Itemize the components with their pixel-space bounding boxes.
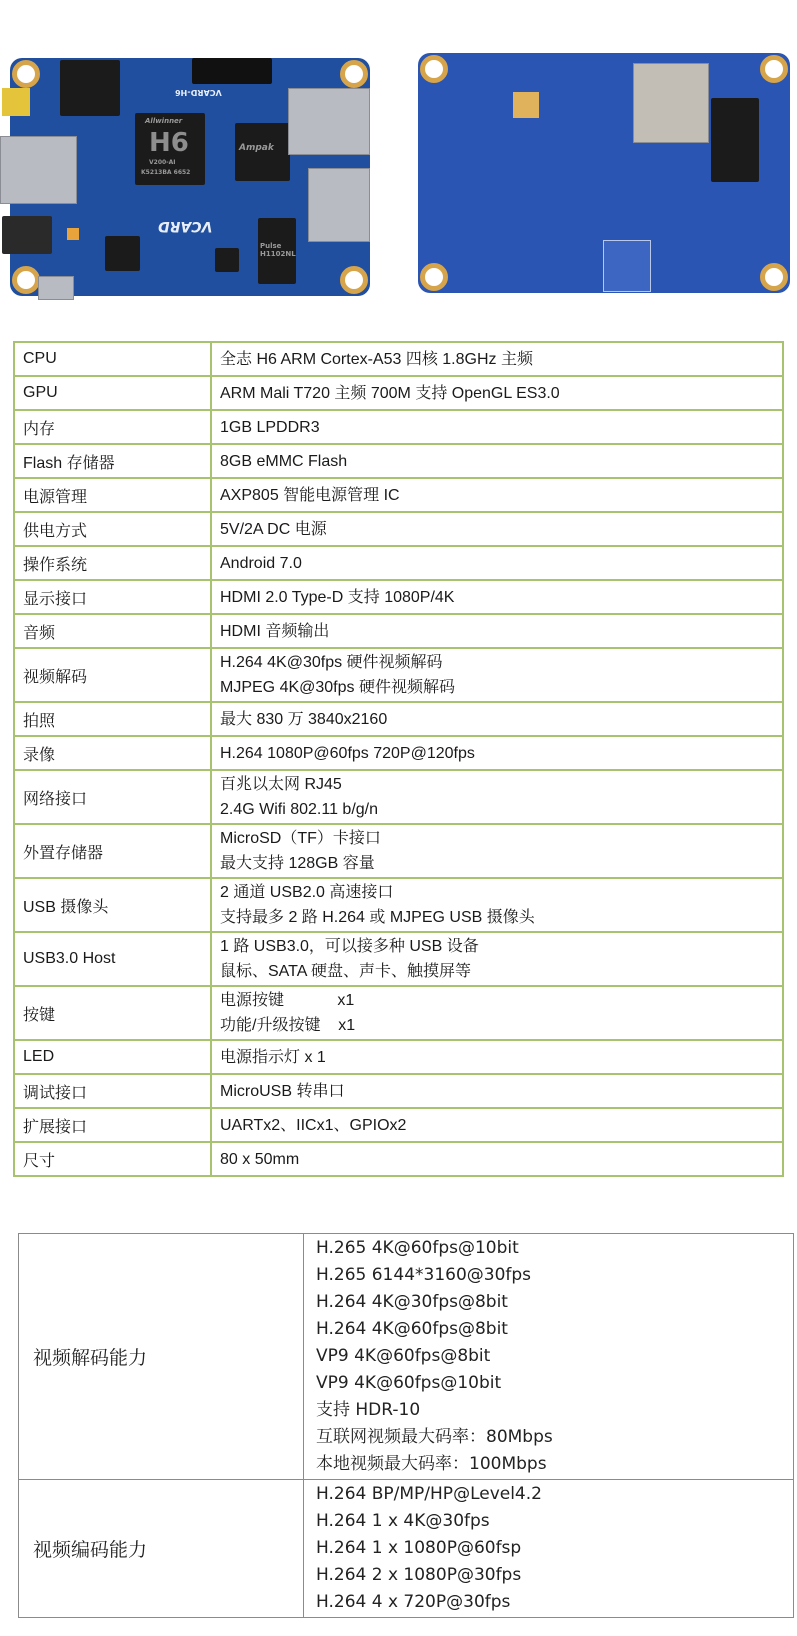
dc-jack <box>2 216 52 254</box>
spec-key: 外置存储器 <box>14 824 211 878</box>
mount-hole <box>340 266 368 294</box>
spec-value: 1GB LPDDR3 <box>211 410 783 444</box>
microsd-slot <box>633 63 709 143</box>
spec-value: MicroUSB 转串口 <box>211 1074 783 1108</box>
spec-value: Android 7.0 <box>211 546 783 580</box>
mount-hole <box>340 60 368 88</box>
spec-key: USB3.0 Host <box>14 932 211 986</box>
wifi-chip: Ampak <box>235 123 290 181</box>
codec-row-decode: 视频解码能力 H.265 4K@60fps@10bit H.265 6144*3… <box>19 1234 794 1480</box>
board-front-photo: Allwinner H6 V200-AI K5213BA 6652 Ampak … <box>10 58 370 296</box>
spec-row: 电源管理AXP805 智能电源管理 IC <box>14 478 783 512</box>
spec-key: 调试接口 <box>14 1074 211 1108</box>
spec-value: ARM Mali T720 主频 700M 支持 OpenGL ES3.0 <box>211 376 783 410</box>
spec-row: 外置存储器MicroSD（TF）卡接口最大支持 128GB 容量 <box>14 824 783 878</box>
usb2-port <box>288 88 370 155</box>
mount-hole <box>420 263 448 291</box>
ram-chip <box>60 60 120 116</box>
spec-value: AXP805 智能电源管理 IC <box>211 478 783 512</box>
ethernet-transformer: Pulse H1102NL <box>258 218 296 284</box>
spec-value: 80 x 50mm <box>211 1142 783 1176</box>
board-back-photo <box>418 53 790 293</box>
board-photos: Allwinner H6 V200-AI K5213BA 6652 Ampak … <box>0 40 797 300</box>
spec-row: 调试接口MicroUSB 转串口 <box>14 1074 783 1108</box>
spec-key: 拍照 <box>14 702 211 736</box>
spec-value: HDMI 音频输出 <box>211 614 783 648</box>
spec-key: CPU <box>14 342 211 376</box>
codec-values: H.264 BP/MP/HP@Level4.2 H.264 1 x 4K@30f… <box>304 1480 794 1618</box>
spec-key: 显示接口 <box>14 580 211 614</box>
spec-key: 音频 <box>14 614 211 648</box>
spec-value: H.264 4K@30fps 硬件视频解码MJPEG 4K@30fps 硬件视频… <box>211 648 783 702</box>
spec-value: 电源按键 x1功能/升级按键 x1 <box>211 986 783 1040</box>
spec-key: 按键 <box>14 986 211 1040</box>
pin-header-footprint <box>603 240 651 292</box>
spec-key: USB 摄像头 <box>14 878 211 932</box>
spec-key: 网络接口 <box>14 770 211 824</box>
spec-row: 操作系统Android 7.0 <box>14 546 783 580</box>
spec-row: GPUARM Mali T720 主频 700M 支持 OpenGL ES3.0 <box>14 376 783 410</box>
ground-pad <box>513 92 539 118</box>
rj45-back <box>711 98 759 182</box>
spec-value: 电源指示灯 x 1 <box>211 1040 783 1074</box>
codec-key: 视频编码能力 <box>19 1480 304 1618</box>
spec-key: LED <box>14 1040 211 1074</box>
spec-row: USB 摄像头2 通道 USB2.0 高速接口支持最多 2 路 H.264 或 … <box>14 878 783 932</box>
spec-key: 尺寸 <box>14 1142 211 1176</box>
mount-hole <box>420 55 448 83</box>
cpu-chip: Allwinner H6 V200-AI K5213BA 6652 <box>135 113 205 185</box>
spec-value: 5V/2A DC 电源 <box>211 512 783 546</box>
spec-row: 扩展接口UARTx2、IICx1、GPIOx2 <box>14 1108 783 1142</box>
spec-row: Flash 存储器8GB eMMC Flash <box>14 444 783 478</box>
spec-row: 尺寸80 x 50mm <box>14 1142 783 1176</box>
spec-row: 供电方式5V/2A DC 电源 <box>14 512 783 546</box>
spec-value: 2 通道 USB2.0 高速接口支持最多 2 路 H.264 或 MJPEG U… <box>211 878 783 932</box>
spec-value: MicroSD（TF）卡接口最大支持 128GB 容量 <box>211 824 783 878</box>
usb3-port <box>0 136 77 204</box>
codec-key: 视频解码能力 <box>19 1234 304 1480</box>
codec-table: 视频解码能力 H.265 4K@60fps@10bit H.265 6144*3… <box>18 1233 794 1618</box>
spec-key: GPU <box>14 376 211 410</box>
spec-table: CPU全志 H6 ARM Cortex-A53 四核 1.8GHz 主频 GPU… <box>13 341 784 1177</box>
spec-row: 按键电源按键 x1功能/升级按键 x1 <box>14 986 783 1040</box>
spec-row: CPU全志 H6 ARM Cortex-A53 四核 1.8GHz 主频 <box>14 342 783 376</box>
spec-row: 视频解码H.264 4K@30fps 硬件视频解码MJPEG 4K@30fps … <box>14 648 783 702</box>
spec-key: 操作系统 <box>14 546 211 580</box>
spec-key: 内存 <box>14 410 211 444</box>
spec-value: 百兆以太网 RJ452.4G Wifi 802.11 b/g/n <box>211 770 783 824</box>
spec-row: USB3.0 Host1 路 USB3.0，可以接多种 USB 设备鼠标、SAT… <box>14 932 783 986</box>
ethernet-port <box>308 168 370 242</box>
spec-value: HDMI 2.0 Type-D 支持 1080P/4K <box>211 580 783 614</box>
spec-value: UARTx2、IICx1、GPIOx2 <box>211 1108 783 1142</box>
pmic-chip <box>105 236 140 271</box>
capacitor <box>67 228 79 240</box>
spec-value: 最大 830 万 3840x2160 <box>211 702 783 736</box>
spec-value: 全志 H6 ARM Cortex-A53 四核 1.8GHz 主频 <box>211 342 783 376</box>
mount-hole <box>12 60 40 88</box>
spec-key: 视频解码 <box>14 648 211 702</box>
spec-row: 音频HDMI 音频输出 <box>14 614 783 648</box>
hdmi-port <box>2 88 30 116</box>
codec-values: H.265 4K@60fps@10bit H.265 6144*3160@30f… <box>304 1234 794 1480</box>
spec-value: 8GB eMMC Flash <box>211 444 783 478</box>
spec-row: LED电源指示灯 x 1 <box>14 1040 783 1074</box>
spec-key: 电源管理 <box>14 478 211 512</box>
header-connector <box>192 58 272 84</box>
spec-row: 网络接口百兆以太网 RJ452.4G Wifi 802.11 b/g/n <box>14 770 783 824</box>
small-chip <box>215 248 239 272</box>
codec-row-encode: 视频编码能力 H.264 BP/MP/HP@Level4.2 H.264 1 x… <box>19 1480 794 1618</box>
mount-hole <box>12 266 40 294</box>
spec-row: 录像H.264 1080P@60fps 720P@120fps <box>14 736 783 770</box>
mount-hole <box>760 55 788 83</box>
spec-value: 1 路 USB3.0，可以接多种 USB 设备鼠标、SATA 硬盘、声卡、触摸屏… <box>211 932 783 986</box>
mount-hole <box>760 263 788 291</box>
spec-key: 扩展接口 <box>14 1108 211 1142</box>
spec-key: Flash 存储器 <box>14 444 211 478</box>
micro-usb-port <box>38 276 74 300</box>
spec-key: 供电方式 <box>14 512 211 546</box>
spec-key: 录像 <box>14 736 211 770</box>
spec-value: H.264 1080P@60fps 720P@120fps <box>211 736 783 770</box>
spec-row: 拍照最大 830 万 3840x2160 <box>14 702 783 736</box>
spec-row: 内存1GB LPDDR3 <box>14 410 783 444</box>
spec-row: 显示接口HDMI 2.0 Type-D 支持 1080P/4K <box>14 580 783 614</box>
